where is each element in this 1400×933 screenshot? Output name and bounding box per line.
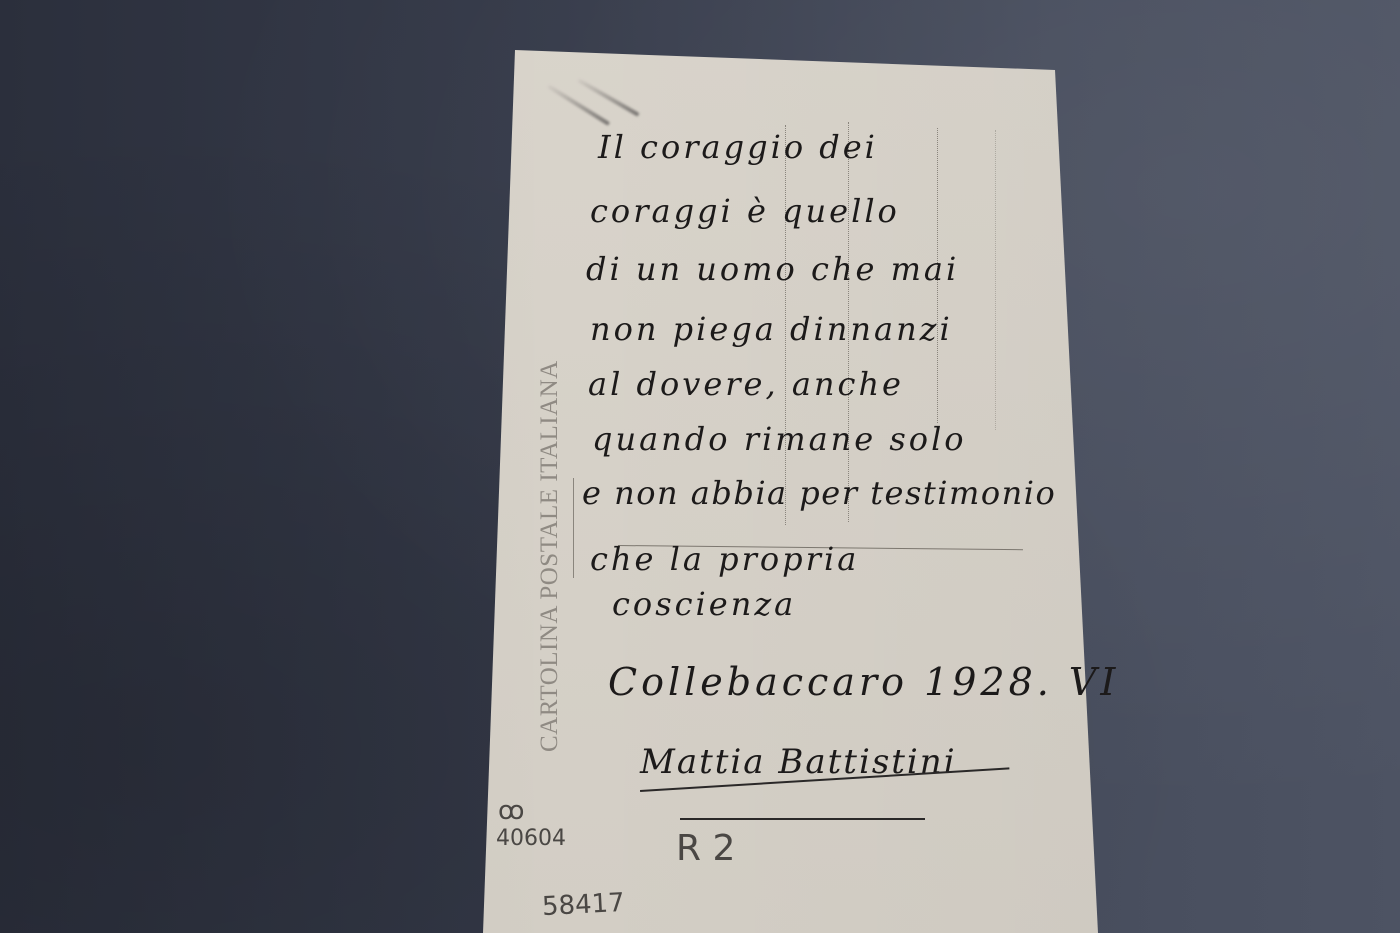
message-line: di un uomo che mai bbox=[586, 250, 959, 288]
message-line: non piega dinnanzi bbox=[590, 310, 953, 348]
message-line: quando rimane solo bbox=[592, 420, 967, 458]
reference-mark: R 2 bbox=[676, 828, 735, 869]
dotted-guide bbox=[995, 130, 996, 430]
message-line: che la propria bbox=[590, 540, 859, 578]
place-date: Collebaccaro 1928. VI bbox=[608, 660, 1119, 704]
message-line: Il coraggio dei bbox=[598, 128, 878, 166]
message-line: al dovere, anche bbox=[588, 365, 904, 403]
archive-number: 58417 bbox=[541, 888, 625, 922]
catalog-mark: ꝏ bbox=[498, 796, 524, 826]
signature-underline bbox=[680, 818, 925, 820]
message-line: e non abbia per testimonio bbox=[582, 474, 1056, 512]
message-line: coraggi è quello bbox=[590, 192, 900, 230]
archive-number: 40604 bbox=[496, 826, 566, 851]
message-line: coscienza bbox=[612, 585, 796, 623]
printed-label: CARTOLINA POSTALE ITALIANA bbox=[536, 360, 564, 752]
address-rule-vertical bbox=[573, 478, 574, 578]
signature: Mattia Battistini bbox=[640, 742, 957, 782]
